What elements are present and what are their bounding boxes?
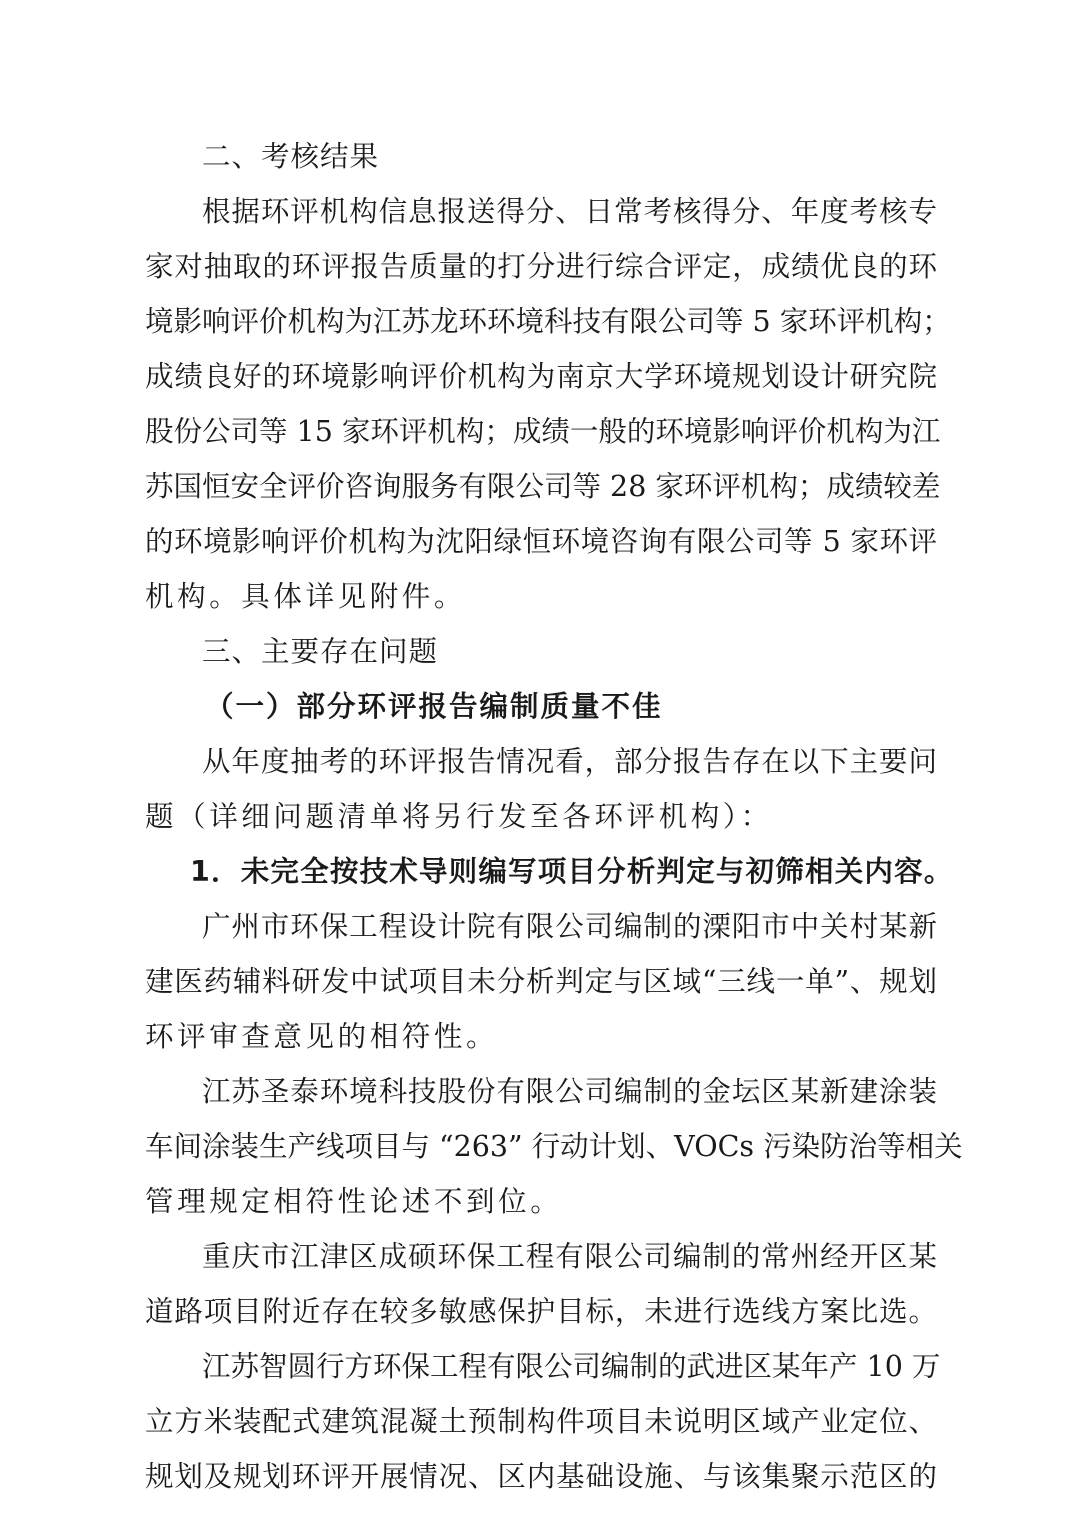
paragraph-line: 家对抽取的环评报告质量的打分进行综合评定，成绩优良的环	[145, 247, 937, 287]
paragraph-line: 广州市环保工程设计院有限公司编制的溧阳市中关村某新	[202, 907, 937, 947]
paragraph-line: 苏国恒安全评价咨询服务有限公司等 28 家环评机构；成绩较差	[145, 467, 937, 507]
paragraph-line: 车间涂装生产线项目与 “263” 行动计划、VOCs 污染防治等相关	[145, 1127, 937, 1167]
paragraph-line: 规划及规划环评开展情况、区内基础设施、与该集聚示范区的	[145, 1457, 937, 1497]
paragraph-line: 管理规定相符性论述不到位。	[145, 1182, 937, 1222]
paragraph-line: 江苏智圆行方环保工程有限公司编制的武进区某年产 10 万	[202, 1347, 937, 1387]
paragraph-line: 建医药辅料研发中试项目未分析判定与区域“三线一单”、规划	[145, 962, 937, 1002]
item-heading: 1．未完全按技术导则编写项目分析判定与初筛相关内容。	[190, 852, 982, 892]
section-heading-main-problems: 三、主要存在问题	[202, 632, 937, 672]
subsection-heading: （一）部分环评报告编制质量不佳	[205, 687, 940, 727]
paragraph-line: 的环境影响评价机构为沈阳绿恒环境咨询有限公司等 5 家环评	[145, 522, 937, 562]
paragraph-line: 立方米装配式建筑混凝土预制构件项目未说明区域产业定位、	[145, 1402, 937, 1442]
paragraph-line: 成绩良好的环境影响评价机构为南京大学环境规划设计研究院	[145, 357, 937, 397]
paragraph-line: 环评审查意见的相符性。	[145, 1017, 937, 1057]
paragraph-line: 江苏圣泰环境科技股份有限公司编制的金坛区某新建涂装	[202, 1072, 937, 1112]
paragraph-line: 道路项目附近存在较多敏感保护目标，未进行选线方案比选。	[145, 1292, 937, 1332]
paragraph-line: 题（详细问题清单将另行发至各环评机构）：	[145, 797, 937, 837]
paragraph-line: 重庆市江津区成硕环保工程有限公司编制的常州经开区某	[202, 1237, 937, 1277]
paragraph-line: 境影响评价机构为江苏龙环环境科技有限公司等 5 家环评机构；	[145, 302, 937, 342]
paragraph-line: 根据环评机构信息报送得分、日常考核得分、年度考核专	[202, 192, 937, 232]
paragraph-line: 机构。具体详见附件。	[145, 577, 937, 617]
section-heading-assessment-results: 二、考核结果	[202, 137, 937, 177]
paragraph-line: 股份公司等 15 家环评机构；成绩一般的环境影响评价机构为江	[145, 412, 937, 452]
paragraph-line: 从年度抽考的环评报告情况看，部分报告存在以下主要问	[202, 742, 937, 782]
